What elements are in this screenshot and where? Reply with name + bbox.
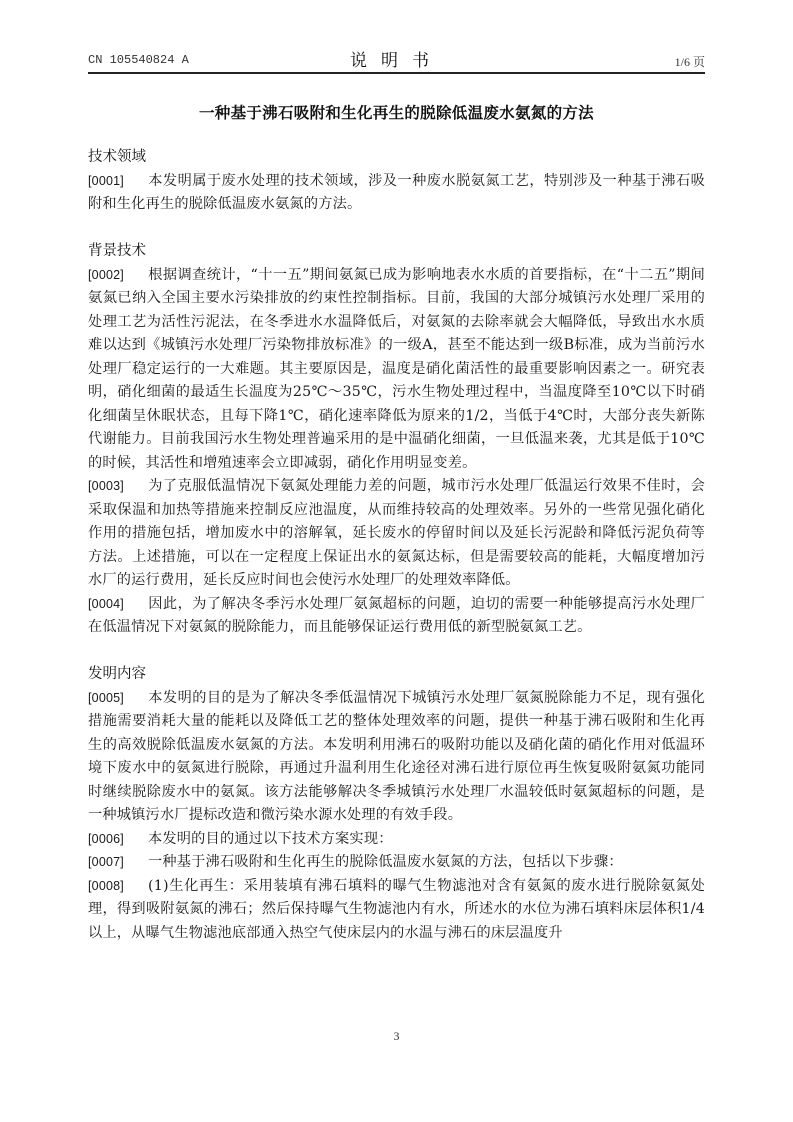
paragraph-text: 一种基于沸石吸附和生化再生的脱除低温废水氨氮的方法，包括以下步骤： xyxy=(148,854,623,870)
paragraph-text: 为了克服低温情况下氨氮处理能力差的问题，城市污水处理厂低温运行效果不佳时，会采取… xyxy=(88,478,705,588)
paragraph-0002: [0002]根据调查统计，“十一五”期间氨氮已成为影响地表水水质的首要指标，在“… xyxy=(88,264,705,476)
page-indicator: 1/6 页 xyxy=(675,53,705,70)
section-heading-technical-field: 技术领域 xyxy=(88,146,705,170)
spacer xyxy=(88,640,705,664)
paragraph-number: [0001] xyxy=(88,170,148,194)
paragraph-number: [0003] xyxy=(88,475,148,499)
section-heading-invention-content: 发明内容 xyxy=(88,663,705,687)
document-title: 一种基于沸石吸附和生化再生的脱除低温废水氨氮的方法 xyxy=(0,101,793,123)
paragraph-0007: [0007]一种基于沸石吸附和生化再生的脱除低温废水氨氮的方法，包括以下步骤： xyxy=(88,851,705,875)
paragraph-text: 因此，为了解决冬季污水处理厂氨氮超标的问题，迫切的需要一种能够提高污水处理厂在低… xyxy=(88,596,705,636)
paragraph-0005: [0005]本发明的目的是为了解决冬季低温情况下城镇污水处理厂氨氮脱除能力不足，… xyxy=(88,687,705,828)
page-number: 3 xyxy=(0,1029,793,1044)
section-heading-background: 背景技术 xyxy=(88,240,705,264)
paragraph-text: (1)生化再生：采用装填有沸石填料的曝气生物滤池对含有氨氮的废水进行脱除氨氮处理… xyxy=(88,878,705,941)
paragraph-number: [0007] xyxy=(88,851,148,875)
paragraph-text: 根据调查统计，“十一五”期间氨氮已成为影响地表水水质的首要指标，在“十二五”期间… xyxy=(88,267,705,471)
paragraph-0003: [0003]为了克服低温情况下氨氮处理能力差的问题，城市污水处理厂低温运行效果不… xyxy=(88,475,705,593)
paragraph-0004: [0004]因此，为了解决冬季污水处理厂氨氮超标的问题，迫切的需要一种能够提高污… xyxy=(88,593,705,640)
paragraph-number: [0008] xyxy=(88,875,148,899)
paragraph-text: 本发明的目的是为了解决冬季低温情况下城镇污水处理厂氨氮脱除能力不足，现有强化措施… xyxy=(88,690,705,824)
patent-page: CN 105540824 A 说明书 1/6 页 一种基于沸石吸附和生化再生的脱… xyxy=(0,0,793,1122)
paragraph-0008: [0008](1)生化再生：采用装填有沸石填料的曝气生物滤池对含有氨氮的废水进行… xyxy=(88,875,705,946)
paragraph-number: [0005] xyxy=(88,687,148,711)
paragraph-0001: [0001]本发明属于废水处理的技术领域，涉及一种废水脱氨氮工艺，特别涉及一种基… xyxy=(88,170,705,217)
document-body: 技术领域 [0001]本发明属于废水处理的技术领域，涉及一种废水脱氨氮工艺，特别… xyxy=(88,146,705,945)
paragraph-number: [0006] xyxy=(88,828,148,852)
paragraph-0006: [0006]本发明的目的通过以下技术方案实现： xyxy=(88,828,705,852)
paragraph-text: 本发明属于废水处理的技术领域，涉及一种废水脱氨氮工艺，特别涉及一种基于沸石吸附和… xyxy=(88,173,705,213)
paragraph-number: [0002] xyxy=(88,264,148,288)
paragraph-text: 本发明的目的通过以下技术方案实现： xyxy=(148,831,393,847)
paragraph-number: [0004] xyxy=(88,593,148,617)
header-divider xyxy=(88,72,705,74)
spacer xyxy=(88,217,705,241)
